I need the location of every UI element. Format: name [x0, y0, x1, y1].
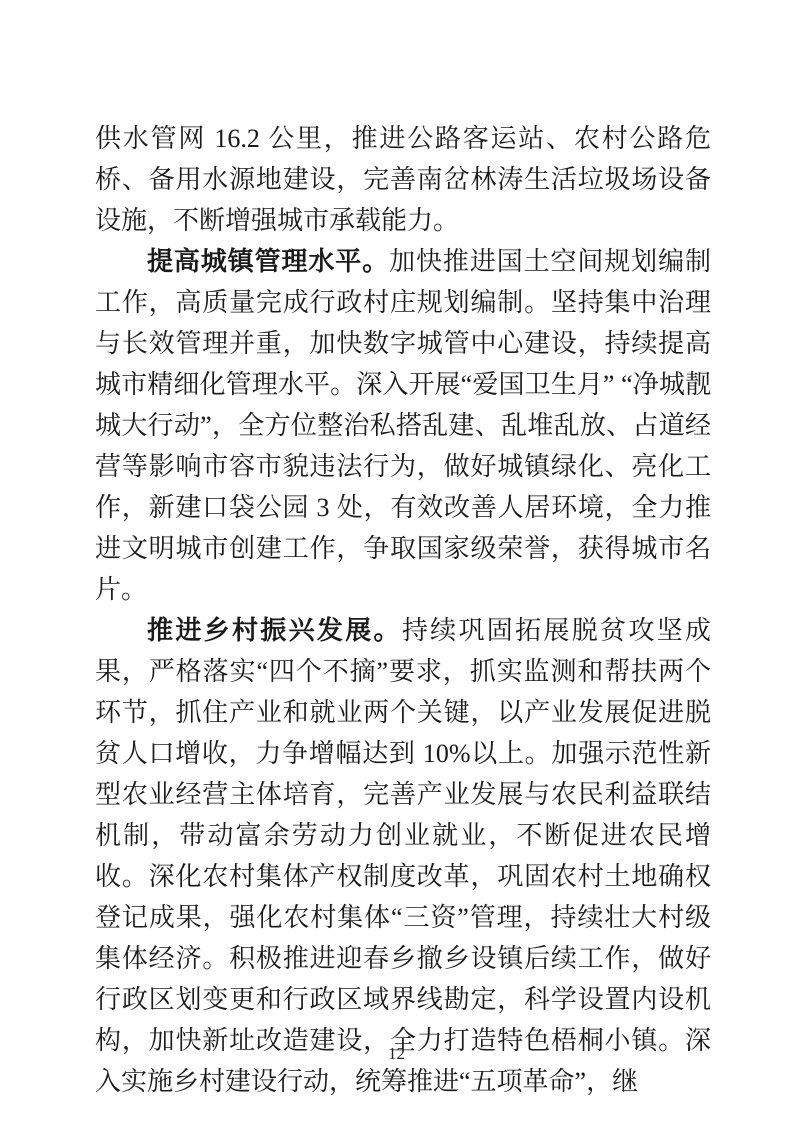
paragraph: 推进乡村振兴发展。持续巩固拓展脱贫攻坚成果，严格落实“四个不摘”要求，抓实监测和…: [95, 610, 711, 1102]
paragraph-text: 供水管网 16.2 公里，推进公路客运站、农村公路危桥、备用水源地建设，完善南岔…: [95, 124, 711, 235]
page-number: 12: [0, 1044, 793, 1064]
document-page: 供水管网 16.2 公里，推进公路客运站、农村公路危桥、备用水源地建设，完善南岔…: [0, 0, 793, 1122]
paragraph-text: 加快推进国土空间规划编制工作，高质量完成行政村庄规划编制。坚持集中治理与长效管理…: [95, 247, 711, 604]
paragraph: 供水管网 16.2 公里，推进公路客运站、农村公路危桥、备用水源地建设，完善南岔…: [95, 118, 711, 241]
paragraph-text: 持续巩固拓展脱贫攻坚成果，严格落实“四个不摘”要求，抓实监测和帮扶两个环节，抓住…: [95, 616, 711, 1096]
paragraph-lead-bold: 推进乡村振兴发展。: [147, 616, 402, 645]
paragraph-lead-bold: 提高城镇管理水平。: [147, 247, 389, 276]
text-block: 供水管网 16.2 公里，推进公路客运站、农村公路危桥、备用水源地建设，完善南岔…: [95, 118, 711, 1102]
paragraph: 提高城镇管理水平。加快推进国土空间规划编制工作，高质量完成行政村庄规划编制。坚持…: [95, 241, 711, 610]
